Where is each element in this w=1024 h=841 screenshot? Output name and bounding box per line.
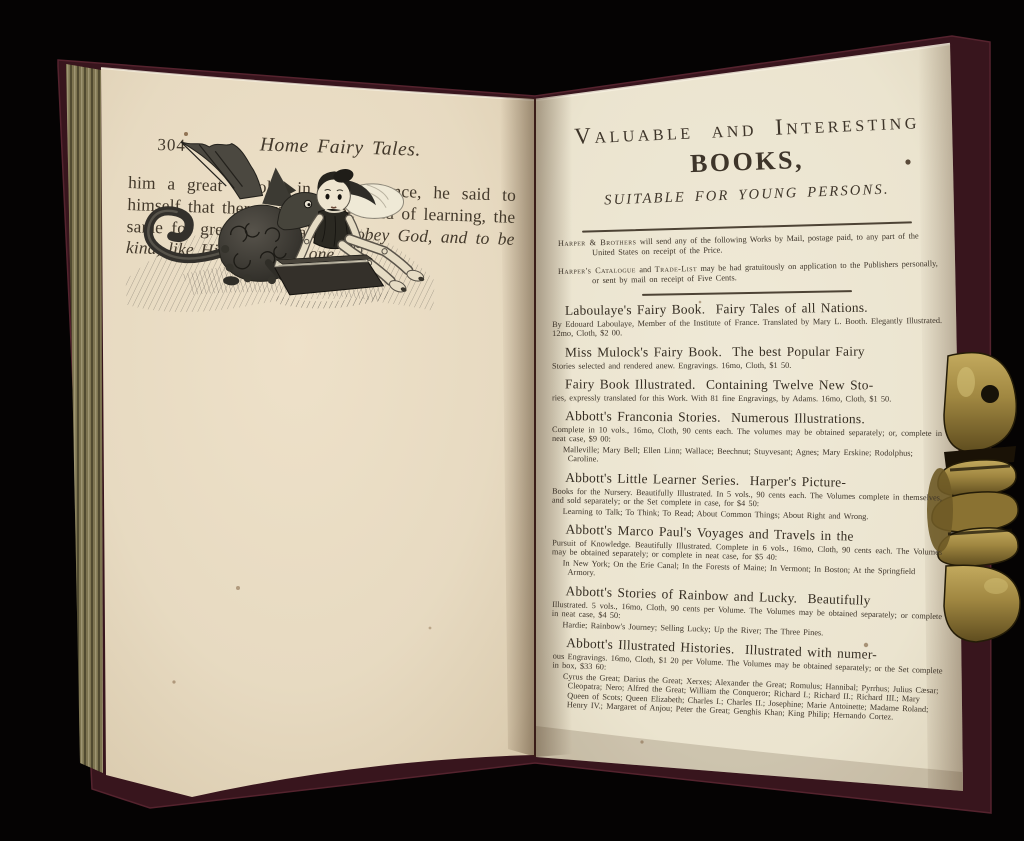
book-entry-volume-list: Malleville; Mary Bell; Ellen Linn; Walla… [552, 445, 942, 468]
right-page-content: Valuable and Interesting BOOKS, SUITABLE… [552, 116, 942, 718]
book-entry-heading: Miss Mulock's Fairy Book. The best Popul… [552, 343, 942, 360]
book-entry-body: ries, expressly translated for this Work… [552, 393, 942, 404]
publisher-name: Harper & Brothers [558, 237, 637, 248]
divider-rule-bottom [642, 290, 852, 296]
book-entry: Abbott's Stories of Rainbow and Lucky. B… [551, 583, 942, 642]
dragon-doll-illustration [121, 128, 443, 336]
catalog-subtitle: SUITABLE FOR YOUNG PERSONS. [552, 180, 942, 212]
divider-rule-top [582, 221, 912, 232]
dragon-wing [179, 142, 301, 209]
book-entry: Abbott's Little Learner Series. Harper's… [552, 470, 943, 523]
book-entry-body: Stories selected and rendered anew. Engr… [552, 360, 942, 371]
book-entry: Laboulaye's Fairy Book. Fairy Tales of a… [552, 299, 942, 339]
trade-list-name: Trade-List [655, 264, 697, 274]
mail-order-notice: Harper & Brothers will send any of the f… [552, 231, 942, 259]
book-entry: Abbott's Franconia Stories. Numerous Ill… [552, 408, 943, 468]
catalogue-notice-mid: and [636, 265, 655, 274]
book-photo: 304 Home Fairy Tales. him a great schola… [0, 0, 1024, 841]
mail-order-notice-text: will send any of the following Works by … [592, 231, 919, 257]
catalogue-notice: Harper's Catalogue and Trade-List may be… [552, 259, 942, 287]
book-entry-heading: Fairy Book Illustrated. Containing Twelv… [552, 376, 942, 393]
book-entry: Miss Mulock's Fairy Book. The best Popul… [552, 343, 942, 370]
book-entry: Fairy Book Illustrated. Containing Twelv… [552, 376, 942, 403]
left-page-content: 304 Home Fairy Tales. him a great schola… [107, 128, 524, 781]
book-entry-body: By Edouard Laboulaye, Member of the Inst… [552, 316, 942, 339]
book-entry: Abbott's Illustrated Histories. Illustra… [551, 635, 944, 725]
book-entry: Abbott's Marco Paul's Voyages and Travel… [551, 522, 942, 587]
